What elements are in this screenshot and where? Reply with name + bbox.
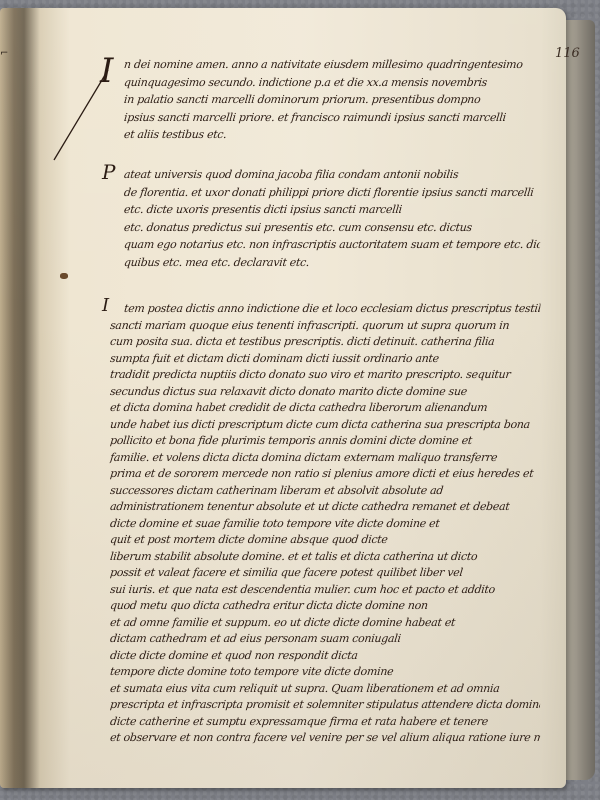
text-line: et observare et non contra facere vel ve… [109, 730, 541, 747]
text-line: pollicito et bona fide plurimis temporis… [109, 433, 541, 450]
text-line: dicte domine et suae familie toto tempor… [109, 516, 541, 533]
text-line: sui iuris. et que nata est descendentia … [109, 582, 541, 599]
text-line: et dicta domina habet credidit de dicta … [109, 400, 541, 417]
text-line: ipsius sancti marcelli priore. et franci… [109, 109, 541, 127]
text-line: quibus etc. mea etc. declaravit etc. [109, 254, 541, 272]
text-line: etc. donatus predictus sui presentis etc… [109, 219, 541, 237]
ink-stain [60, 273, 68, 279]
text-line: et sumata eius vita cum reliquit ut supr… [109, 681, 541, 698]
text-line: administrationem tenentur absolute et ut… [109, 499, 541, 516]
text-line: secundus dictus sua relaxavit dicto dona… [109, 384, 541, 401]
text-block-1: I n dei nomine amen. anno a nativitate e… [110, 56, 540, 144]
text-line: dictam cathedram et ad eius personam sua… [109, 631, 541, 648]
text-line: et ad omne familie et suppum. eo ut dict… [109, 615, 541, 632]
text-line: tempore dicte domine toto tempore vite d… [109, 664, 541, 681]
text-line: prescripta et infrascripta promisit et s… [109, 697, 541, 714]
margin-mark: ⌐ [0, 48, 8, 59]
drop-initial: I [102, 297, 109, 315]
text-line: familie. et volens dicta dicta domina di… [109, 450, 541, 467]
text-block-2: P ateat universis quod domina jacoba fil… [110, 166, 540, 271]
text-line: successores dictam catherinam liberam et… [109, 483, 541, 500]
manuscript-page: ⌐ 116 I n dei nomine amen. anno a nativi… [0, 8, 566, 788]
text-line: quod metu quo dicta cathedra eritur dict… [109, 598, 541, 615]
text-line: cum posita sua. dicta et testibus prescr… [109, 334, 541, 351]
text-line: quam ego notarius etc. non infrascriptis… [109, 236, 541, 254]
text-line: possit et valeat facere et similia que f… [109, 565, 541, 582]
text-line: ateat universis quod domina jacoba filia… [109, 166, 541, 184]
text-line: sumpta fuit et dictam dicti dominam dict… [109, 351, 541, 368]
text-line: sancti mariam quoque eius tenenti infras… [109, 318, 541, 335]
text-line: n dei nomine amen. anno a nativitate eiu… [109, 56, 541, 74]
text-line: de florentia. et uxor donati philippi pr… [109, 184, 541, 202]
folio-number: 116 [555, 46, 580, 61]
text-line: in palatio sancti marcelli dominorum pri… [109, 91, 541, 109]
text-line: tem postea dictis anno indictione die et… [109, 301, 541, 318]
text-line: prima et de sororem mercede non ratio si… [109, 466, 541, 483]
text-line: et aliis testibus etc. [109, 126, 541, 144]
text-line: dicte catherine et sumptu expressamque f… [109, 714, 541, 731]
text-line: quinquagesimo secundo. indictione p.a et… [109, 74, 541, 92]
text-line: etc. dicte uxoris presentis dicti ipsius… [109, 201, 541, 219]
text-line: dicte dicte domine et quod non respondit… [109, 648, 541, 665]
text-line: quit et post mortem dicte domine absque … [109, 532, 541, 549]
text-line: liberum stabilit absolute domine. et et … [109, 549, 541, 566]
text-block-3: I tem postea dictis anno indictione die … [110, 301, 540, 747]
text-line: unde habet ius dicti prescriptum dicte c… [109, 417, 541, 434]
text-line: tradidit predicta nuptiis dicto donato s… [109, 367, 541, 384]
